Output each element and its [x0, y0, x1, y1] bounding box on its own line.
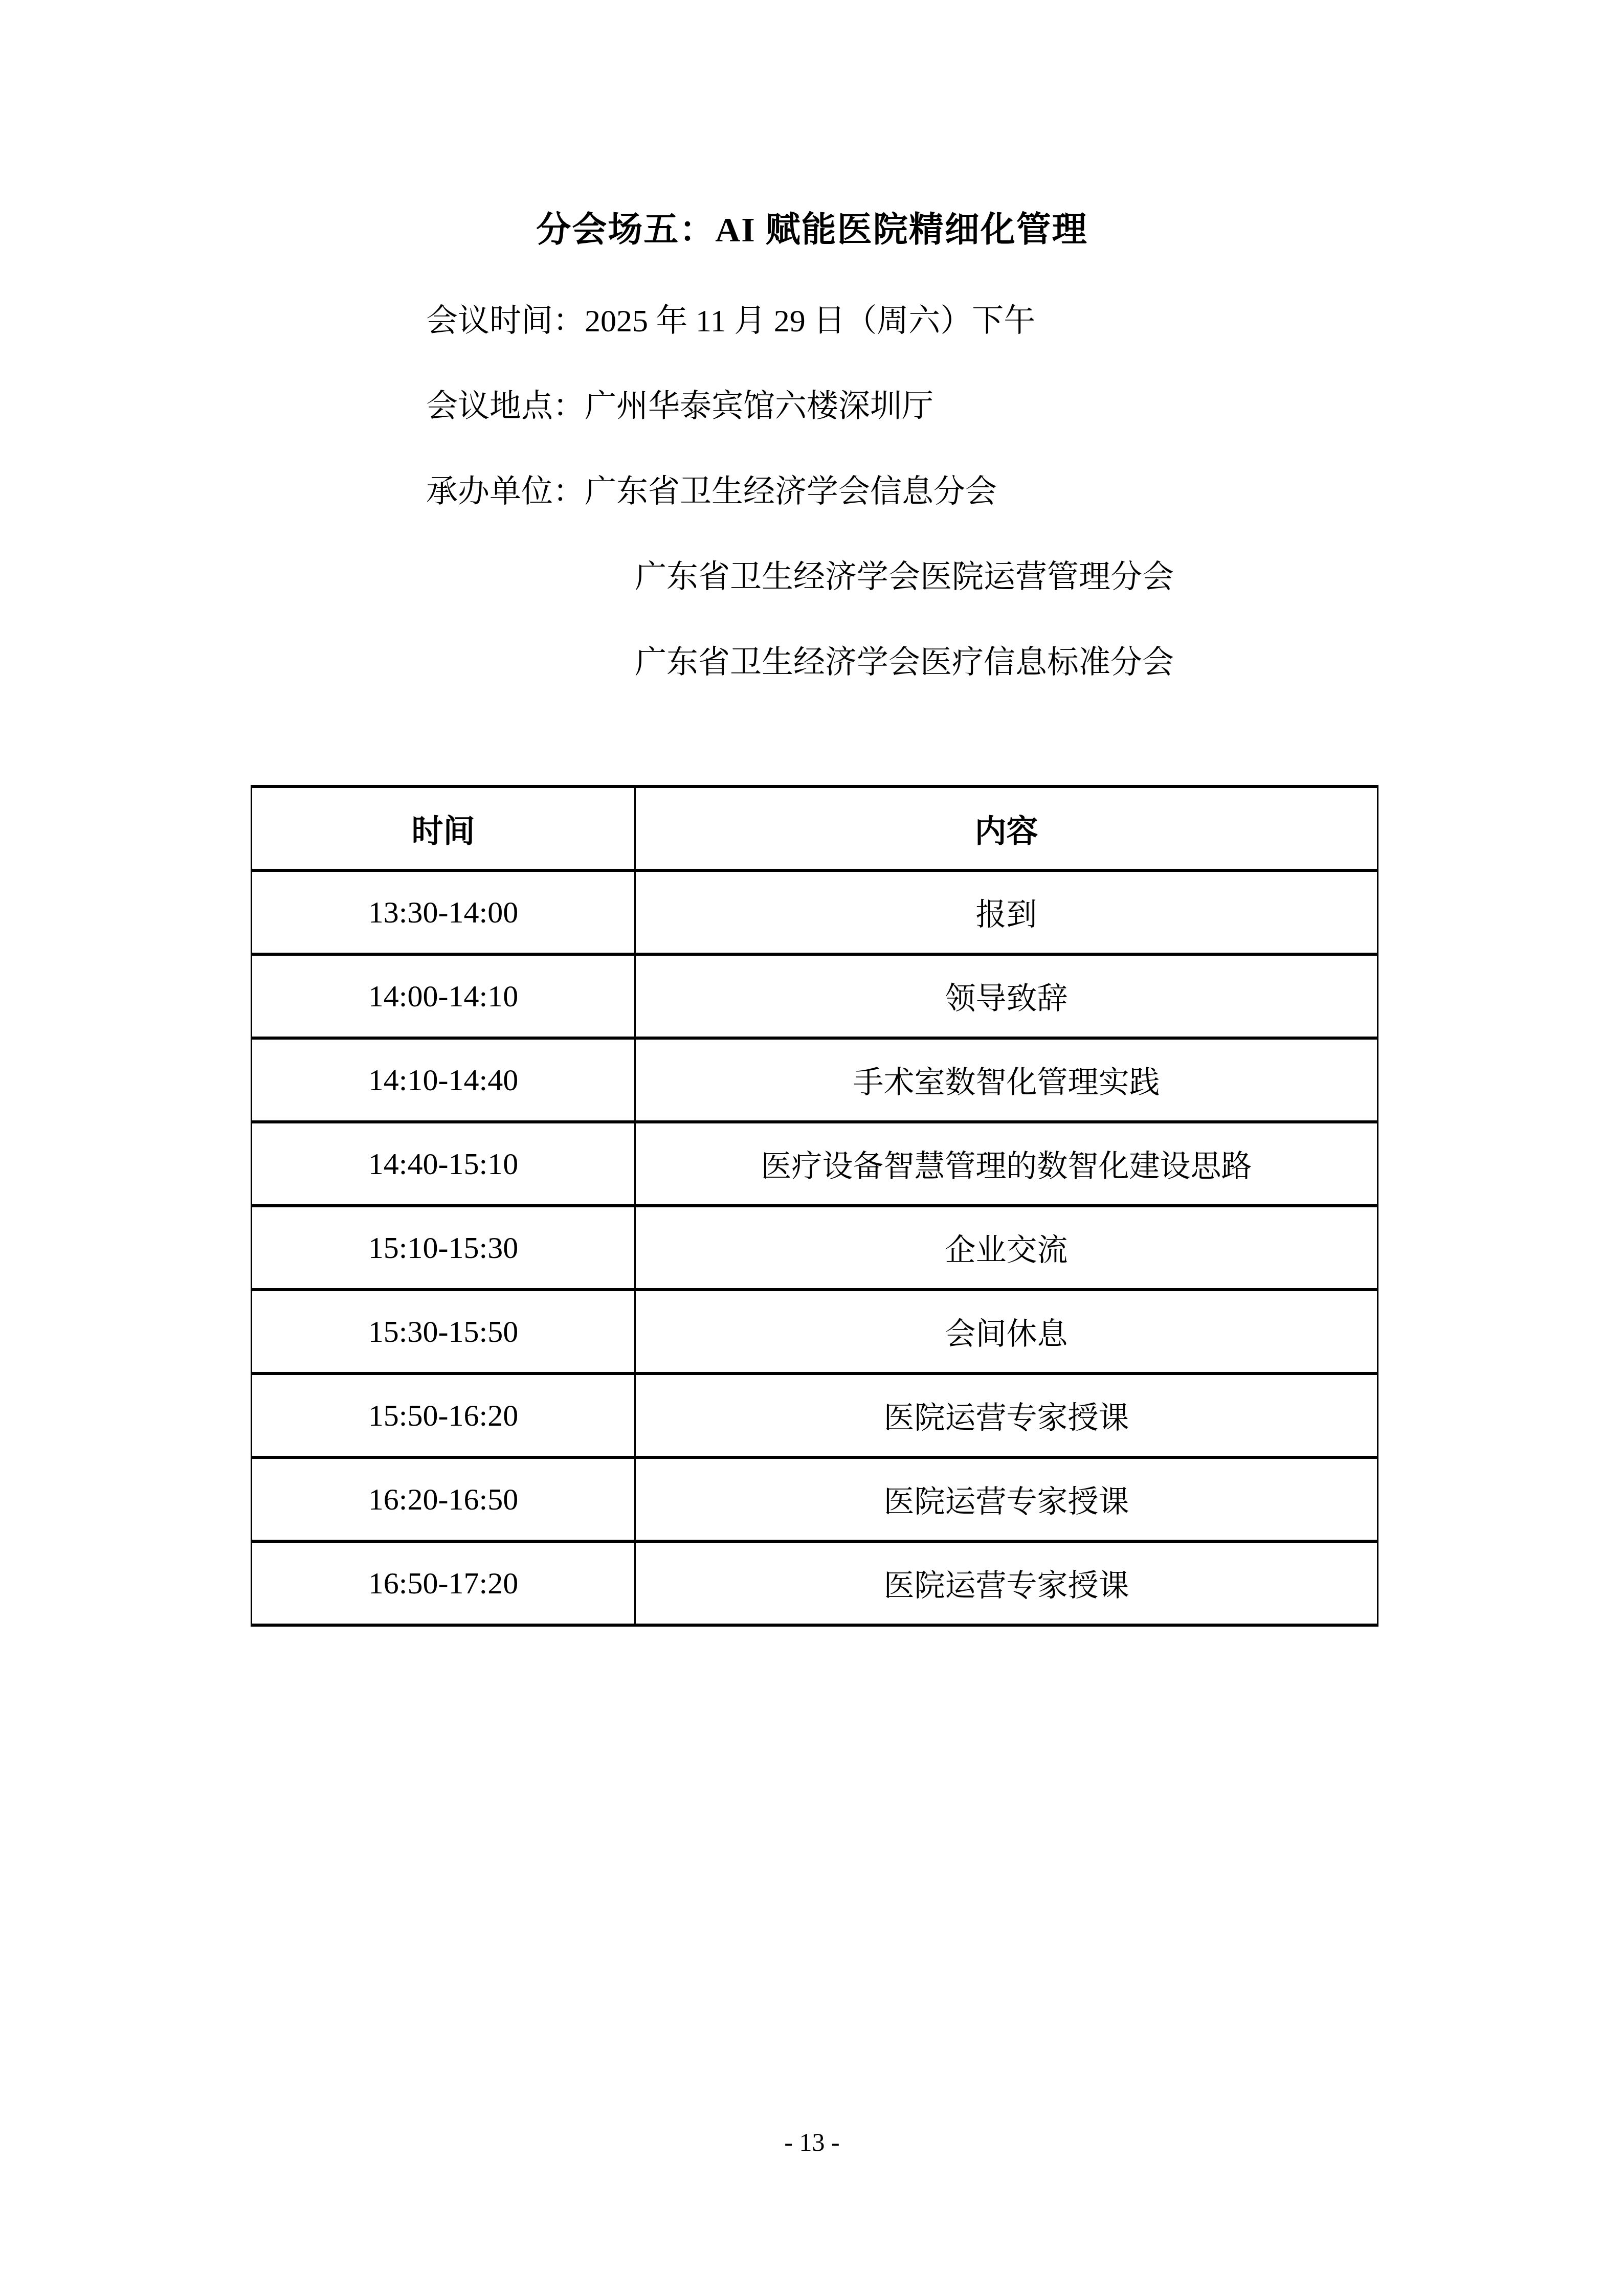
content-column-header: 内容 [635, 786, 1378, 870]
content-cell: 医疗设备智慧管理的数智化建设思路 [635, 1122, 1378, 1206]
time-cell: 13:30-14:00 [252, 870, 635, 954]
table-row: 15:50-16:20 医院运营专家授课 [252, 1374, 1378, 1457]
content-cell: 企业交流 [635, 1206, 1378, 1290]
table-row: 15:30-15:50 会间休息 [252, 1290, 1378, 1374]
time-cell: 16:20-16:50 [252, 1457, 635, 1541]
time-column-header: 时间 [252, 786, 635, 870]
table-row: 14:00-14:10 领导致辞 [252, 954, 1378, 1038]
schedule-table-body: 13:30-14:00 报到 14:00-14:10 领导致辞 14:10-14… [252, 870, 1378, 1625]
time-cell: 15:30-15:50 [252, 1290, 635, 1374]
table-row: 14:40-15:10 医疗设备智慧管理的数智化建设思路 [252, 1122, 1378, 1206]
page-number: - 13 - [0, 2127, 1624, 2157]
content-cell: 手术室数智化管理实践 [635, 1038, 1378, 1122]
meeting-info-block: 会议时间：2025 年 11 月 29 日（周六）下午 会议地点：广州华泰宾馆六… [426, 279, 1174, 706]
content-cell: 医院运营专家授课 [635, 1541, 1378, 1625]
organizer-line-3: 广东省卫生经济学会医疗信息标准分会 [426, 620, 1174, 706]
time-cell: 16:50-17:20 [252, 1541, 635, 1625]
table-row: 16:50-17:20 医院运营专家授课 [252, 1541, 1378, 1625]
header-row: 时间 内容 [252, 786, 1378, 870]
time-cell: 14:10-14:40 [252, 1038, 635, 1122]
table-row: 14:10-14:40 手术室数智化管理实践 [252, 1038, 1378, 1122]
table-row: 15:10-15:30 企业交流 [252, 1206, 1378, 1290]
content-cell: 医院运营专家授课 [635, 1457, 1378, 1541]
document-page: 分会场五：AI 赋能医院精细化管理 会议时间：2025 年 11 月 29 日（… [0, 0, 1624, 2296]
table-row: 16:20-16:50 医院运营专家授课 [252, 1457, 1378, 1541]
content-cell: 会间休息 [635, 1290, 1378, 1374]
time-cell: 14:00-14:10 [252, 954, 635, 1038]
page-title: 分会场五：AI 赋能医院精细化管理 [0, 202, 1624, 252]
schedule-table-header: 时间 内容 [252, 786, 1378, 870]
content-cell: 报到 [635, 870, 1378, 954]
meeting-venue-line: 会议地点：广州华泰宾馆六楼深圳厅 [426, 364, 1174, 449]
time-cell: 14:40-15:10 [252, 1122, 635, 1206]
time-cell: 15:10-15:30 [252, 1206, 635, 1290]
time-cell: 15:50-16:20 [252, 1374, 635, 1457]
organizer-line-2: 广东省卫生经济学会医院运营管理分会 [426, 535, 1174, 620]
table-row: 13:30-14:00 报到 [252, 870, 1378, 954]
schedule-table: 时间 内容 13:30-14:00 报到 14:00-14:10 领导致辞 14… [251, 785, 1378, 1627]
content-cell: 领导致辞 [635, 954, 1378, 1038]
organizer-line-1: 承办单位：广东省卫生经济学会信息分会 [426, 449, 1174, 535]
meeting-time-line: 会议时间：2025 年 11 月 29 日（周六）下午 [426, 279, 1174, 364]
content-cell: 医院运营专家授课 [635, 1374, 1378, 1457]
